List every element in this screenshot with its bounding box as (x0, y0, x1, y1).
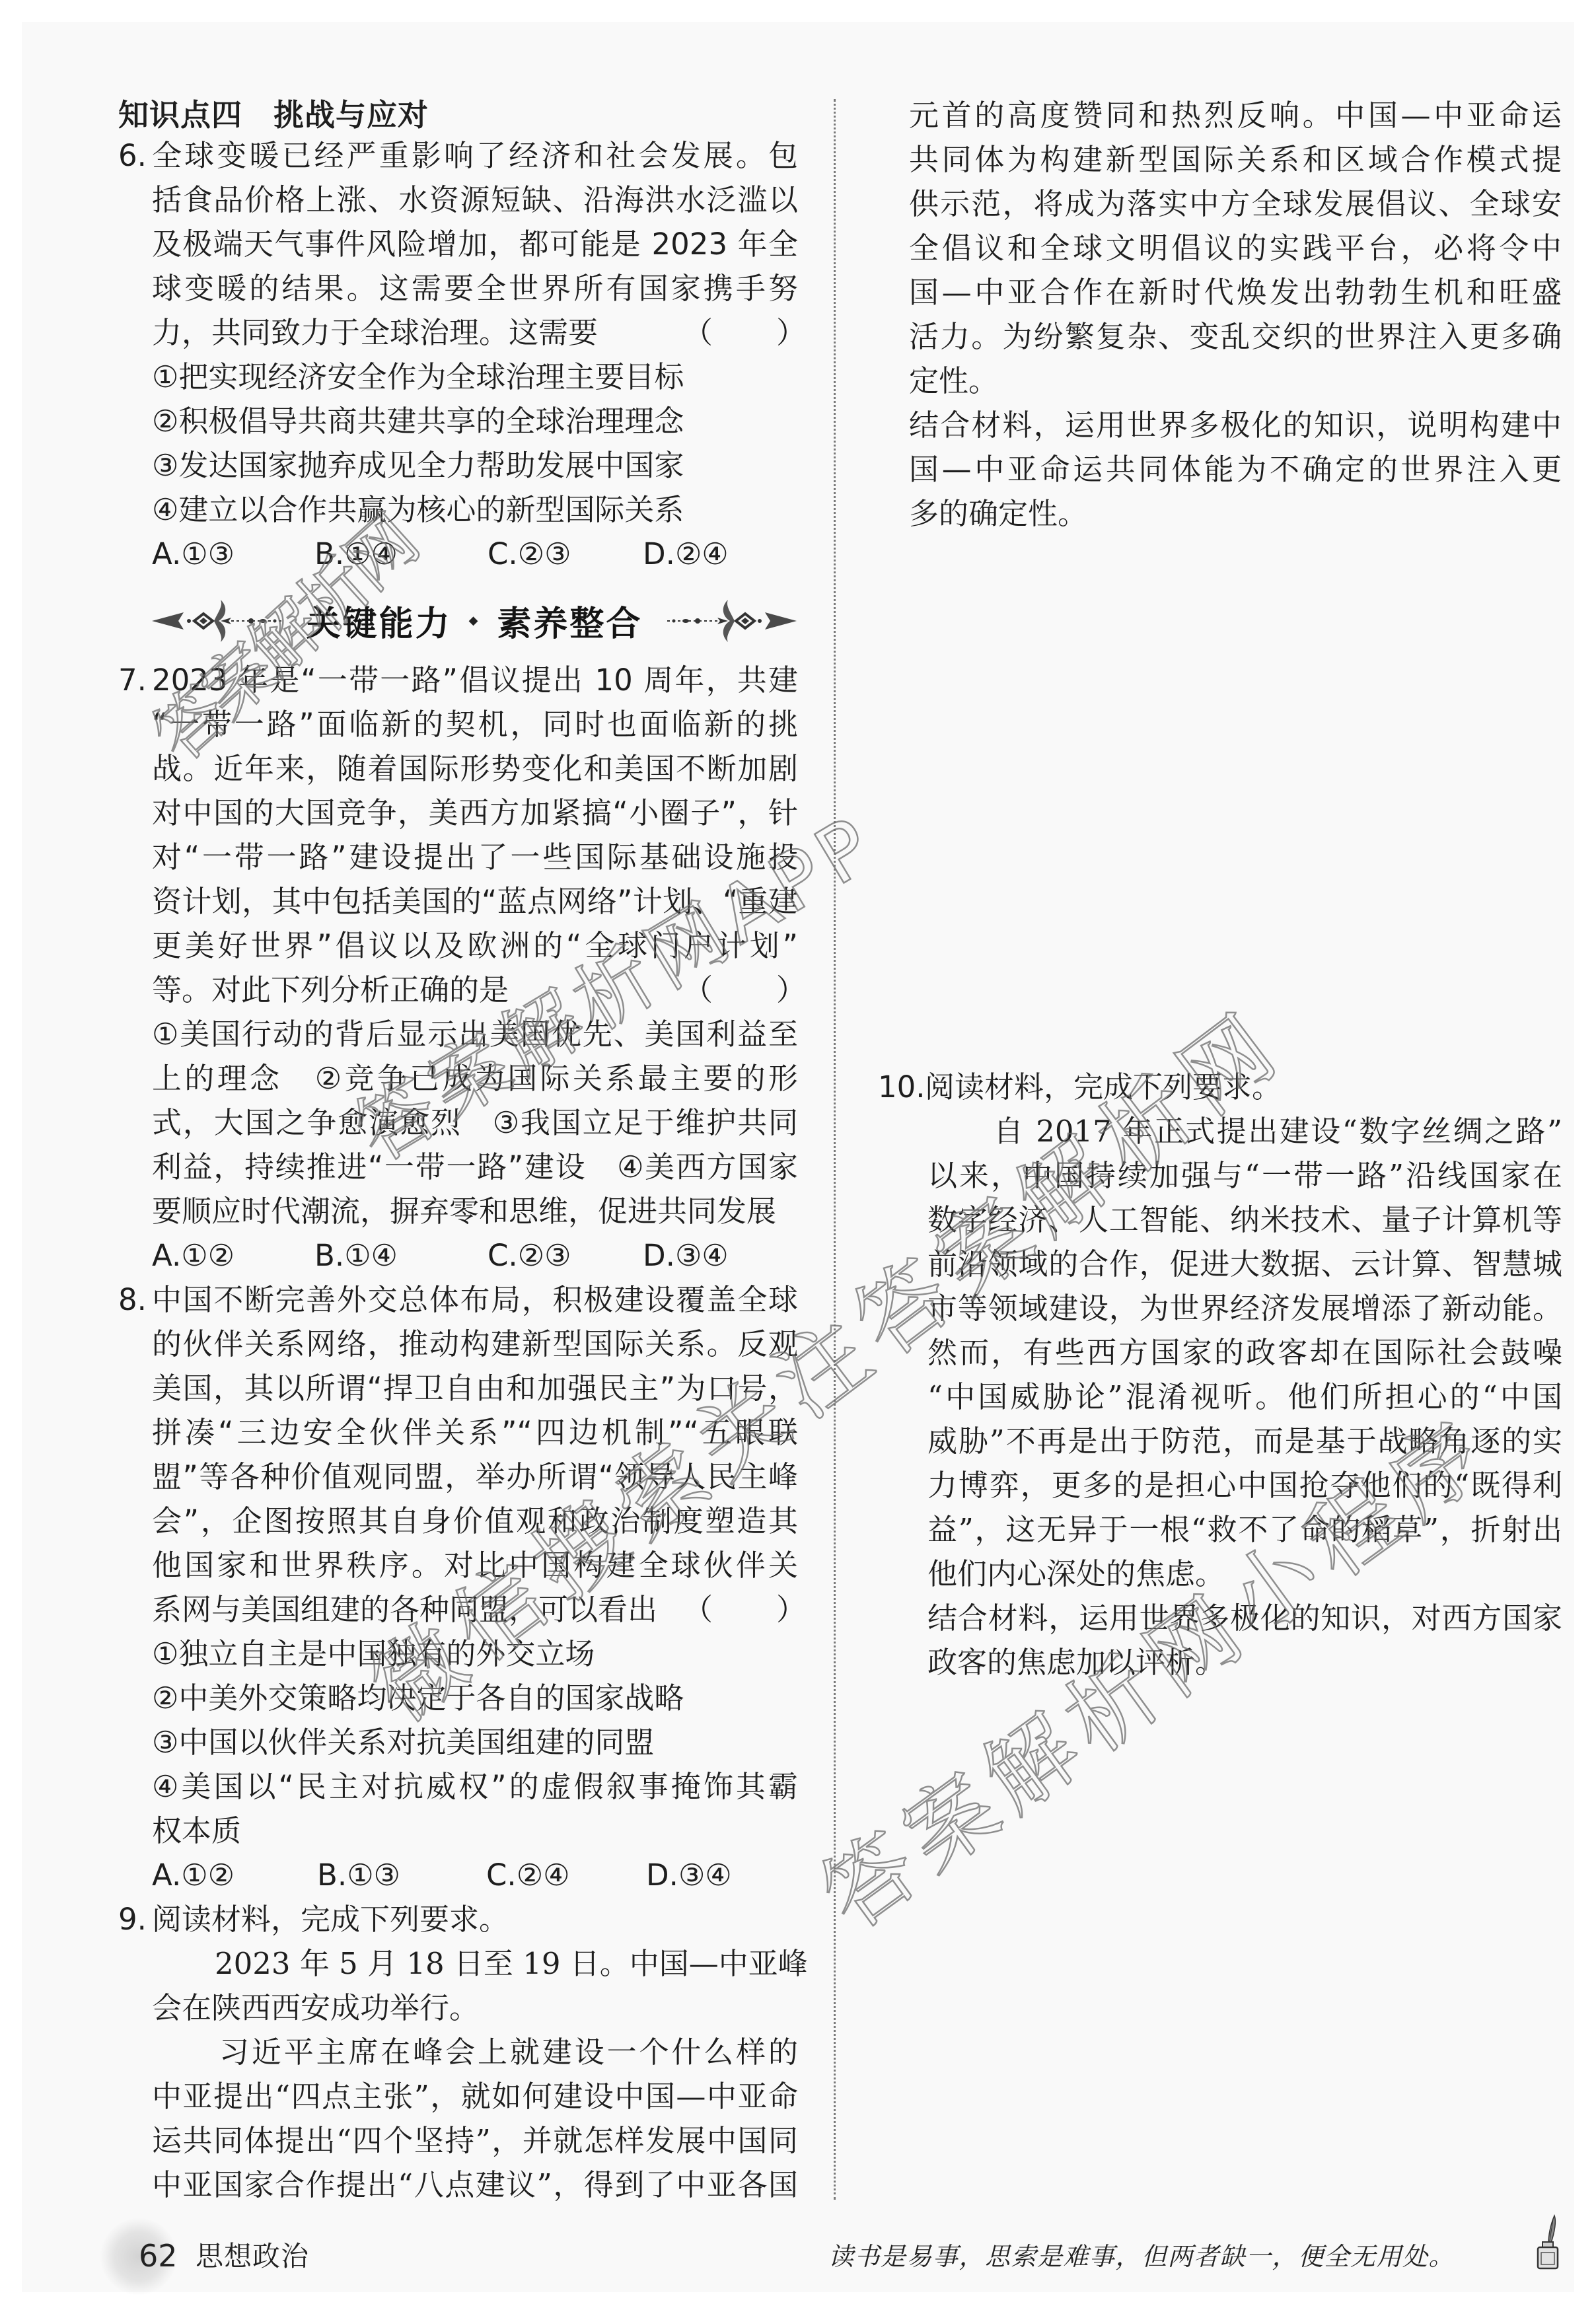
choice-value: ①③ (347, 1858, 400, 1893)
material-line: 数字经济、人工智能、纳米技术、量子计算机等 (927, 1198, 1562, 1242)
choice-label: B. (314, 1238, 344, 1273)
material-line: 运共同体提出“四个坚持”，并就怎样发展中国同 (152, 2118, 798, 2163)
answer-bracket: （ ） (683, 968, 807, 1012)
choice-a: A.①② (152, 1853, 235, 1897)
task-line: 多的确定性。 (909, 491, 1562, 536)
material-line: 然而，有些西方国家的政客却在国际社会鼓噪 (927, 1330, 1562, 1375)
choices-row: A.①③ B.①④ C.②③ D.②④ (152, 532, 798, 576)
task-line: 国—中亚命运共同体能为不确定的世界注入更 (909, 447, 1562, 491)
statement: ④美国以“民主对抗威权”的虚假叙事掩饰其霸 (152, 1764, 798, 1809)
choice-value: ①② (181, 1858, 235, 1893)
choice-label: B. (317, 1858, 347, 1893)
page-number: 62 (139, 2238, 178, 2274)
choice-c: C.②③ (488, 532, 571, 576)
statement: ①独立自主是中国独有的外交立场 (152, 1632, 798, 1676)
choice-label: C. (486, 1858, 517, 1893)
stem-line: 系网与美国组建的各种同盟，可以看出 (152, 1587, 657, 1632)
question-10: 10. 阅读材料，完成下列要求。 自 2017 年正式提出建设“数字丝绸之路” … (878, 1065, 1562, 1684)
answer-bracket: （ ） (683, 310, 807, 355)
ink-bottle-quill-icon (1533, 2214, 1563, 2270)
stem-line: 括食品价格上涨、水资源短缺、沿海洪水泛滥以 (152, 178, 798, 222)
material-line: 全倡议和全球文明倡议的实践平台，必将令中 (909, 226, 1562, 270)
diamond-separator-icon: ◆ (469, 614, 480, 628)
choice-d: D.②④ (643, 532, 729, 576)
stem-line-with-bracket: 力，共同致力于全球治理。这需要 （ ） (152, 310, 798, 355)
choice-d: D.③④ (643, 1233, 729, 1278)
question-6: 6. 全球变暖已经严重影响了经济和社会发展。包 括食品价格上涨、水资源短缺、沿海… (118, 133, 798, 576)
material-line: 2023 年 5 月 18 日至 19 日。中国—中亚峰 (152, 1941, 798, 1986)
material-line: “中国威胁论”混淆视听。他们所担心的“中国 (927, 1375, 1562, 1419)
section-title-knowledge-point: 知识点四 挑战与应对 (118, 93, 429, 137)
stem-line: 的伙伴关系网络，推动构建新型国际关系。反观 (152, 1322, 798, 1366)
choice-value: ②④ (517, 1858, 570, 1893)
material-line: 前沿领域的合作，促进大数据、云计算、智慧城 (927, 1242, 1562, 1286)
statement: ③发达国家抛弃成见全力帮助发展中国家 (152, 443, 798, 488)
question-body: 阅读材料，完成下列要求。 2023 年 5 月 18 日至 19 日。中国—中亚… (152, 1897, 798, 2207)
material-line: 习近平主席在峰会上就建设一个什么样的 (152, 2030, 798, 2074)
material-line: 威胁”不再是出于防范，而是基于战略角逐的实 (927, 1419, 1562, 1463)
section-header-text: 关键能力 ◆ 素养整合 (307, 596, 643, 645)
question-body: 中国不断完善外交总体布局，积极建设覆盖全球 的伙伴关系网络，推动构建新型国际关系… (152, 1278, 798, 1897)
statement: ②积极倡导共商共建共享的全球治理理念 (152, 399, 798, 443)
statement: ③中国以伙伴关系对抗美国组建的同盟 (152, 1720, 798, 1764)
choice-c: C.②③ (488, 1233, 571, 1278)
statement: 利益，持续推进“一带一路”建设 ④美西方国家 (152, 1145, 798, 1189)
section-header-left: 关键能力 (307, 596, 452, 645)
choice-d: D.③④ (646, 1853, 732, 1897)
stem-line-with-bracket: 系网与美国组建的各种同盟，可以看出 （ ） (152, 1587, 798, 1632)
question-body: 阅读材料，完成下列要求。 自 2017 年正式提出建设“数字丝绸之路” 以来，中… (927, 1065, 1562, 1684)
ornament-left-icon (152, 598, 284, 644)
statement: ②中美外交策略均决定于各自的国家战略 (152, 1676, 798, 1720)
question-9-continued: 元首的高度赞同和热烈反响。中国—中亚命运 共同体为构建新型国际关系和区域合作模式… (909, 93, 1562, 536)
column-divider (834, 99, 836, 2200)
stem-line: 中国不断完善外交总体布局，积极建设覆盖全球 (152, 1278, 798, 1322)
section-header-key-abilities: 关键能力 ◆ 素养整合 (152, 598, 797, 643)
material-line: 他们内心深处的焦虑。 (927, 1552, 1562, 1596)
question-prompt: 阅读材料，完成下列要求。 (925, 1065, 1562, 1109)
stem-line: 对“一带一路”建设提出了一些国际基础设施投 (152, 835, 798, 879)
stem-line: “一带一路”面临新的契机，同时也面临新的挑 (152, 702, 798, 746)
stem-line: 资计划，其中包括美国的“蓝点网络”计划、“重建 (152, 879, 798, 923)
statement-continuation: 权本质 (152, 1809, 798, 1853)
choice-b: B.①④ (314, 532, 398, 576)
material-line: 活力。为纷繁复杂、变乱交织的世界注入更多确 (909, 314, 1562, 359)
choice-value: ①③ (181, 536, 235, 571)
question-body: 2023 年是“一带一路”倡议提出 10 周年，共建 “一带一路”面临新的契机，… (152, 658, 798, 1278)
choice-value: ②③ (518, 536, 571, 571)
question-prompt: 阅读材料，完成下列要求。 (152, 1897, 798, 1941)
stem-line: 等。对此下列分析正确的是 (152, 968, 509, 1012)
material-line: 元首的高度赞同和热烈反响。中国—中亚命运 (909, 93, 1562, 137)
stem-line: 全球变暖已经严重影响了经济和社会发展。包 (152, 133, 798, 178)
material-line: 市等领域建设，为世界经济发展增添了新动能。 (927, 1286, 1562, 1330)
choice-label: D. (643, 536, 675, 571)
task-line: 结合材料，运用世界多极化的知识，说明构建中 (909, 403, 1562, 447)
choices-row: A.①② B.①④ C.②③ D.③④ (152, 1233, 798, 1278)
question-number: 9. (118, 1897, 147, 1941)
question-7: 7. 2023 年是“一带一路”倡议提出 10 周年，共建 “一带一路”面临新的… (118, 658, 798, 1278)
question-body: 全球变暖已经严重影响了经济和社会发展。包 括食品价格上涨、水资源短缺、沿海洪水泛… (152, 133, 798, 576)
statement: 要顺应时代潮流，摒弃零和思维，促进共同发展 (152, 1189, 798, 1233)
stem-line: 2023 年是“一带一路”倡议提出 10 周年，共建 (152, 658, 798, 702)
section-header-right: 素养整合 (497, 596, 642, 645)
choice-label: A. (152, 1858, 181, 1893)
stem-line: 对中国的大国竞争，美西方加紧搞“小圈子”，针 (152, 791, 798, 835)
choice-a: A.①② (152, 1233, 235, 1278)
stem-line: 会”，企图按照其自身价值观和政治制度塑造其 (152, 1499, 798, 1543)
material-line: 中亚提出“四点主张”，就如何建设中国—中亚命 (152, 2074, 798, 2118)
material-line: 定性。 (909, 359, 1562, 403)
stem-line: 力，共同致力于全球治理。这需要 (152, 310, 598, 355)
stem-line: 球变暖的结果。这需要全世界所有国家携手努 (152, 266, 798, 310)
statement: 上的理念 ②竞争已成为国际关系最主要的形 (152, 1056, 798, 1101)
material-line: 国—中亚合作在新时代焕发出勃勃生机和旺盛 (909, 270, 1562, 314)
question-number: 7. (118, 658, 147, 702)
choice-a: A.①③ (152, 532, 235, 576)
material-line: 力博弈，更多的是担心中国抢夺他们的“既得利 (927, 1463, 1562, 1507)
question-number: 8. (118, 1278, 147, 1322)
ornament-right-icon (665, 598, 797, 644)
stem-line-with-bracket: 等。对此下列分析正确的是 （ ） (152, 968, 798, 1012)
choice-b: B.①③ (317, 1853, 400, 1897)
choice-value: ③④ (678, 1858, 732, 1893)
question-number: 10. (878, 1065, 925, 1109)
material-line: 益”，这无异于一根“救不了命的稻草”，折射出 (927, 1507, 1562, 1552)
choice-value: ③④ (675, 1238, 729, 1273)
stem-line: 拼凑“三边安全伙伴关系”“四边机制”“五眼联 (152, 1410, 798, 1455)
choice-label: C. (488, 1238, 518, 1273)
choice-label: D. (643, 1238, 675, 1273)
material-line: 供示范，将成为落实中方全球发展倡议、全球安 (909, 182, 1562, 226)
stem-line: 战。近年来，随着国际形势变化和美国不断加剧 (152, 746, 798, 791)
choice-value: ②④ (675, 536, 729, 571)
material-line: 会在陕西西安成功举行。 (152, 1986, 798, 2030)
choice-label: C. (488, 536, 518, 571)
choice-label: D. (646, 1858, 678, 1893)
question-8: 8. 中国不断完善外交总体布局，积极建设覆盖全球 的伙伴关系网络，推动构建新型国… (118, 1278, 798, 1897)
stem-line: 他国家和世界秩序。对比中国构建全球伙伴关 (152, 1543, 798, 1587)
choice-value: ①④ (344, 1238, 398, 1273)
choice-c: C.②④ (486, 1853, 569, 1897)
statement: ①把实现经济安全作为全球治理主要目标 (152, 355, 798, 399)
subject-label: 思想政治 (196, 2239, 309, 2274)
task-line: 结合材料，运用世界多极化的知识，对西方国家 (927, 1596, 1562, 1640)
statement: 式，大国之争愈演愈烈 ③我国立足于维护共同 (152, 1101, 798, 1145)
statement: ④建立以合作共赢为核心的新型国际关系 (152, 488, 798, 532)
statement: ①美国行动的背后显示出美国优先、美国利益至 (152, 1012, 798, 1056)
choice-b: B.①④ (314, 1233, 398, 1278)
choice-value: ①② (181, 1238, 235, 1273)
material-line: 自 2017 年正式提出建设“数字丝绸之路” (927, 1109, 1562, 1153)
choice-value: ②③ (518, 1238, 571, 1273)
material-line: 以来，中国持续加强与“一带一路”沿线国家在 (927, 1153, 1562, 1198)
task-line: 政客的焦虑加以评析。 (927, 1640, 1562, 1684)
answer-bracket: （ ） (683, 1587, 807, 1632)
stem-line: 盟”等各种价值观同盟，举办所谓“领导人民主峰 (152, 1455, 798, 1499)
choice-label: B. (314, 536, 344, 571)
material-line: 中亚国家合作提出“八点建议”，得到了中亚各国 (152, 2163, 798, 2207)
footer-quote: 读书是易事，思索是难事，但两者缺一，便全无用处。 (828, 2241, 1455, 2272)
question-9: 9. 阅读材料，完成下列要求。 2023 年 5 月 18 日至 19 日。中国… (118, 1897, 798, 2207)
choice-label: A. (152, 536, 181, 571)
stem-line: 美国，其以所谓“捍卫自由和加强民主”为口号， (152, 1366, 798, 1410)
stem-line: 及极端天气事件风险增加，都可能是 2023 年全 (152, 222, 798, 266)
choice-label: A. (152, 1238, 181, 1273)
material-line: 共同体为构建新型国际关系和区域合作模式提 (909, 137, 1562, 182)
choice-value: ①④ (344, 536, 398, 571)
choices-row: A.①② B.①③ C.②④ D.③④ (152, 1853, 798, 1897)
stem-line: 更美好世界”倡议以及欧洲的“全球门户计划” (152, 923, 798, 968)
question-number: 6. (118, 133, 147, 178)
